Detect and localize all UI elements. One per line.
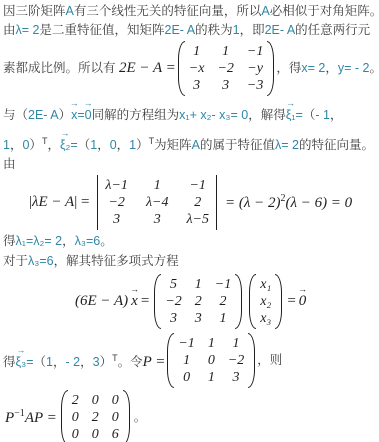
column-vector-x: x₁x₂x₃ xyxy=(249,274,282,329)
text-run: = xyxy=(296,108,303,122)
text-run: x₁+ x₂- x₃= 0 xyxy=(179,108,248,122)
paren-right xyxy=(275,274,282,329)
text-run: x= 2 xyxy=(301,61,325,75)
matrix-cell: 2 xyxy=(186,194,209,211)
text-run: （ xyxy=(34,355,47,369)
xi3-and-P-line: 得→ξ₃=（1，- 2，3）T。令P = −11110−2013 ，则 xyxy=(3,333,376,388)
matrix-cell: −2 xyxy=(228,352,244,369)
vector-arrow-icon: → xyxy=(298,285,307,293)
text-run: ， xyxy=(117,138,130,152)
text-run: 1 xyxy=(3,138,10,152)
AP-equals: AP = xyxy=(25,410,57,426)
matrix-6E-A: 51−1−222331 xyxy=(154,274,242,329)
matrix-cell: 0 xyxy=(92,426,99,442)
text-runs-before-matrix: 素都成比例。所以有 2E − A = xyxy=(3,60,176,77)
text-runs-xi3: 得→ξ₃=（1，- 2，3）T。令P = xyxy=(3,350,165,371)
equals-sign-1: = xyxy=(141,293,149,310)
matrix-cell: 1 xyxy=(208,335,215,352)
text-run: 3 xyxy=(93,355,100,369)
diagonalization-equation: P−1AP = 200020006 。 xyxy=(5,390,376,442)
determinant-matrix: λ−11−1−2λ−4233λ−5 xyxy=(94,175,220,230)
text-run: 的属于特征值 xyxy=(200,138,275,152)
matrix-cell: 1 xyxy=(195,276,202,293)
matrix-2E-A: 11−1−x−2−y33−3 xyxy=(178,41,275,96)
matrix-cell: 0 xyxy=(72,409,79,426)
text-run: 0 xyxy=(110,138,117,152)
matrix-grid: 11−1−x−2−y33−3 xyxy=(185,41,268,96)
matrix-cell: 1 xyxy=(228,335,244,352)
text-line-you: 由 xyxy=(3,156,376,173)
matrix-cell: 5 xyxy=(165,276,181,293)
text-run: ， xyxy=(325,61,338,75)
vector-arrow-icon: → xyxy=(130,285,139,293)
matrix-cell: 1 xyxy=(189,43,205,60)
vector-x-letter: x xyxy=(131,293,138,309)
text-run: ） xyxy=(100,355,113,369)
vector-symbol: ξ₂ xyxy=(60,138,70,152)
text-run: （ xyxy=(78,138,91,152)
matrix-cell: 1 xyxy=(178,352,194,369)
text-run: 必相似于对角矩阵。 xyxy=(270,4,379,18)
paren-right xyxy=(267,41,274,96)
text-run: ， xyxy=(80,355,93,369)
matrix-cell: 0 xyxy=(208,352,215,369)
text-line-1: 因三阶矩阵A有三个线性无关的特征向量，所以A必相似于对角矩阵。 xyxy=(3,3,376,20)
vector-arrow-icon: → xyxy=(84,99,93,107)
P-inverse-AP: P−1AP = xyxy=(5,408,57,427)
final-period: 。 xyxy=(134,409,147,426)
matrix-cell: 3 xyxy=(189,77,205,94)
text-run: ，即 xyxy=(240,23,265,37)
text-run: = xyxy=(77,108,84,122)
matrix-cell: 3 xyxy=(105,211,128,228)
matrix-cell: −2 xyxy=(217,60,233,77)
abs-bar-close: | = xyxy=(74,194,89,210)
text-run: A xyxy=(66,4,74,18)
text-run: λ= 2 xyxy=(16,23,40,37)
matrix-cell: 3 xyxy=(146,211,169,228)
equals-sign-2: = xyxy=(287,293,295,310)
text-run: = xyxy=(26,355,33,369)
text-run: 得 xyxy=(3,355,16,369)
matrix-cell: 0 xyxy=(112,392,119,409)
text-line-lambda3: 对于λ₃=6，解其特征多项式方程 xyxy=(3,253,376,270)
text-run: = xyxy=(70,138,77,152)
factor-2: (λ − 6) = 0 xyxy=(285,195,352,211)
paren-left xyxy=(167,333,174,388)
matrix-grid: −11110−2013 xyxy=(174,333,248,388)
text-run: ， xyxy=(10,138,23,152)
matrix-cell: 1 xyxy=(217,43,233,60)
text-run: ，得 xyxy=(276,61,301,75)
text-run: P = xyxy=(143,354,166,370)
text-run: 同解的方程组为 xyxy=(92,108,180,122)
determinant-equation: |λE − A| = λ−11−1−2λ−4233λ−5 = (λ − 2)2(… xyxy=(29,175,376,230)
vector-symbol: ξ₃ xyxy=(16,355,27,369)
paren-left xyxy=(154,274,161,329)
vector-with-arrow: →ξ₁ xyxy=(286,107,296,124)
text-run: 由 xyxy=(3,23,16,37)
paren-left xyxy=(61,390,68,442)
matrix-cell: −3 xyxy=(247,77,263,94)
text-run: λ₃=6 xyxy=(75,234,101,248)
document-page: 因三阶矩阵A有三个线性无关的特征向量，所以A必相似于对角矩阵。 由λ= 2是二重… xyxy=(0,0,379,442)
lambdaE-minus-A: λE − A xyxy=(32,194,74,210)
matrix-cell: −2 xyxy=(105,194,128,211)
text-run: 的秩为 xyxy=(195,23,233,37)
text-run: 对于 xyxy=(3,254,28,268)
matrix-P: −11110−2013 xyxy=(167,333,255,388)
text-run: 是二重特征值，知矩阵 xyxy=(40,23,165,37)
vector-arrow-icon: → xyxy=(16,346,25,354)
matrix-cell: 3 xyxy=(195,310,202,327)
determinant-rhs: = (λ − 2)2(λ − 6) = 0 xyxy=(225,193,352,212)
text-run: λ₃=6 xyxy=(28,254,54,268)
eigen-equation: (6E − A) →x = 51−1−222331 x₁x₂x₃ = →0 xyxy=(75,274,376,329)
text-run: 有三个线性无关的特征向量，所以 xyxy=(74,4,262,18)
text-run: 2E − A = xyxy=(119,60,176,76)
matrix-cell: −y xyxy=(247,60,263,77)
text-run: λ= 2 xyxy=(275,138,299,152)
matrix-cell: −x xyxy=(189,60,205,77)
vector-x: →x xyxy=(131,293,138,310)
text-run: ，解得 xyxy=(248,108,286,122)
text-run: - 2 xyxy=(66,355,81,369)
text-run: （ xyxy=(303,108,316,122)
text-run: - 1 xyxy=(315,108,330,122)
determinant-lhs: |λE − A| = xyxy=(29,194,89,211)
matrix-cell: 3 xyxy=(217,77,233,94)
matrix-cell: 1 xyxy=(215,310,231,327)
text-run: ， xyxy=(53,355,66,369)
6E-minus-A: (6E − A) xyxy=(75,293,128,309)
matrix-cell: x₃ xyxy=(260,310,271,327)
paren-left xyxy=(249,274,256,329)
text-run: 。令 xyxy=(118,355,143,369)
vector-arrow-icon: → xyxy=(61,129,70,137)
matrix-grid: 200020006 xyxy=(68,390,123,442)
matrix-cell: 1 xyxy=(208,369,215,386)
matrix-cell: 0 xyxy=(92,392,99,409)
text-run: λ₁=λ₂= 2 xyxy=(16,234,63,248)
text-run: y= - 2 xyxy=(338,61,370,75)
text-run: 2E- A xyxy=(28,108,59,122)
vector-symbol: 0 xyxy=(85,108,92,122)
text-run: ） xyxy=(29,138,42,152)
vector-symbol: ξ₁ xyxy=(286,108,296,122)
det-bar-left xyxy=(97,175,98,230)
vector-symbol: x xyxy=(71,108,77,122)
text-run: 1 xyxy=(46,355,53,369)
text-run: 的特征向量。 xyxy=(299,138,374,152)
text-run: ，则 xyxy=(257,353,282,367)
diagonal-matrix: 200020006 xyxy=(61,390,130,442)
matrix-cell: λ−1 xyxy=(105,177,128,194)
paren-left xyxy=(178,41,185,96)
matrix-cell: x₁ xyxy=(260,276,271,293)
text-run: ， xyxy=(97,138,110,152)
matrix-cell: 2 xyxy=(195,293,202,310)
matrix-grid: x₁x₂x₃ xyxy=(256,274,275,329)
text-run: 。 xyxy=(134,410,147,424)
matrix-cell: 0 xyxy=(112,409,119,426)
matrix-cell: λ−4 xyxy=(146,194,169,211)
paren-right xyxy=(123,390,130,442)
text-run: 为矩阵 xyxy=(154,138,192,152)
factor-1: = (λ − 2) xyxy=(225,195,280,211)
det-bar-right xyxy=(216,175,217,230)
text-run: A xyxy=(192,138,200,152)
text-run: 2E- A xyxy=(165,23,196,37)
vector-with-arrow: →0 xyxy=(85,107,92,124)
vector-zero-digit: 0 xyxy=(299,293,307,309)
text-line-2: 由λ= 2是二重特征值，知矩阵2E- A的秩为1，即2E- A的任意两行元 xyxy=(3,22,376,39)
vector-with-arrow: →ξ₃ xyxy=(16,354,27,371)
matrix-grid: 51−1−222331 xyxy=(161,274,235,329)
text-run: 素都成比例。所以有 xyxy=(3,61,119,75)
text-runs-then: ，则 xyxy=(257,352,282,369)
text-run: 与（ xyxy=(3,108,28,122)
text-run: ） xyxy=(59,108,72,122)
vector-arrow-icon: → xyxy=(70,99,79,107)
matrix-cell: 2 xyxy=(215,293,231,310)
text-line-eigenvectors: 1，0）T，→ξ₂=（1，0，1）T为矩阵A的属于特征值λ= 2的特征向量。 xyxy=(3,124,376,154)
text-run: ， xyxy=(330,108,343,122)
matrix-cell: 1 xyxy=(146,177,169,194)
vector-with-arrow: →x xyxy=(71,107,77,124)
paren-right xyxy=(248,333,255,388)
P-letter: P xyxy=(5,410,14,426)
text-run: 因三阶矩阵 xyxy=(3,4,66,18)
matrix-cell: −1 xyxy=(186,177,209,194)
text-run: ， xyxy=(47,138,60,152)
inline-equation-line-2E-A: 素都成比例。所以有 2E − A = 11−1−x−2−y33−3 ，得x= 2… xyxy=(3,41,376,96)
text-run: ， xyxy=(62,234,75,248)
matrix-cell: 2 xyxy=(72,392,79,409)
text-run: 1 xyxy=(233,23,240,37)
matrix-cell: −2 xyxy=(165,293,181,310)
matrix-cell: 3 xyxy=(228,369,244,386)
matrix-cell: 0 xyxy=(178,369,194,386)
text-run: 的任意两行元 xyxy=(295,23,370,37)
matrix-cell: −1 xyxy=(178,335,194,352)
matrix-cell: −1 xyxy=(215,276,231,293)
text-run: 得 xyxy=(3,234,16,248)
matrix-cell: 0 xyxy=(72,426,79,442)
text-run: ，解其特征多项式方程 xyxy=(54,254,179,268)
text-run: 由 xyxy=(3,157,16,171)
text-run: ） xyxy=(136,138,149,152)
text-run: A xyxy=(261,4,269,18)
text-run: 。 xyxy=(369,61,379,75)
matrix-grid: λ−11−1−2λ−4233λ−5 xyxy=(101,175,213,230)
matrix-cell: 6 xyxy=(112,426,119,442)
text-runs-after-matrix: ，得x= 2，y= - 2。 xyxy=(276,60,379,77)
vector-zero: →0 xyxy=(299,293,307,310)
text-run: 。 xyxy=(100,234,113,248)
matrix-cell: −1 xyxy=(247,43,263,60)
matrix-cell: 3 xyxy=(165,310,181,327)
vector-with-arrow: →ξ₂ xyxy=(60,137,70,154)
text-line-eigenvalues: 得λ₁=λ₂= 2，λ₃=6。 xyxy=(3,233,376,250)
matrix-cell: λ−5 xyxy=(186,211,209,228)
matrix-cell: x₂ xyxy=(260,293,271,310)
inverse-exponent: −1 xyxy=(14,408,25,419)
text-line-solution-system: 与（2E- A）→x=→0同解的方程组为x₁+ x₂- x₃= 0，解得→ξ₁=… xyxy=(3,98,376,124)
matrix-cell: 2 xyxy=(92,409,99,426)
paren-right xyxy=(235,274,242,329)
text-run: 2E- A xyxy=(265,23,296,37)
vector-arrow-icon: → xyxy=(286,99,295,107)
